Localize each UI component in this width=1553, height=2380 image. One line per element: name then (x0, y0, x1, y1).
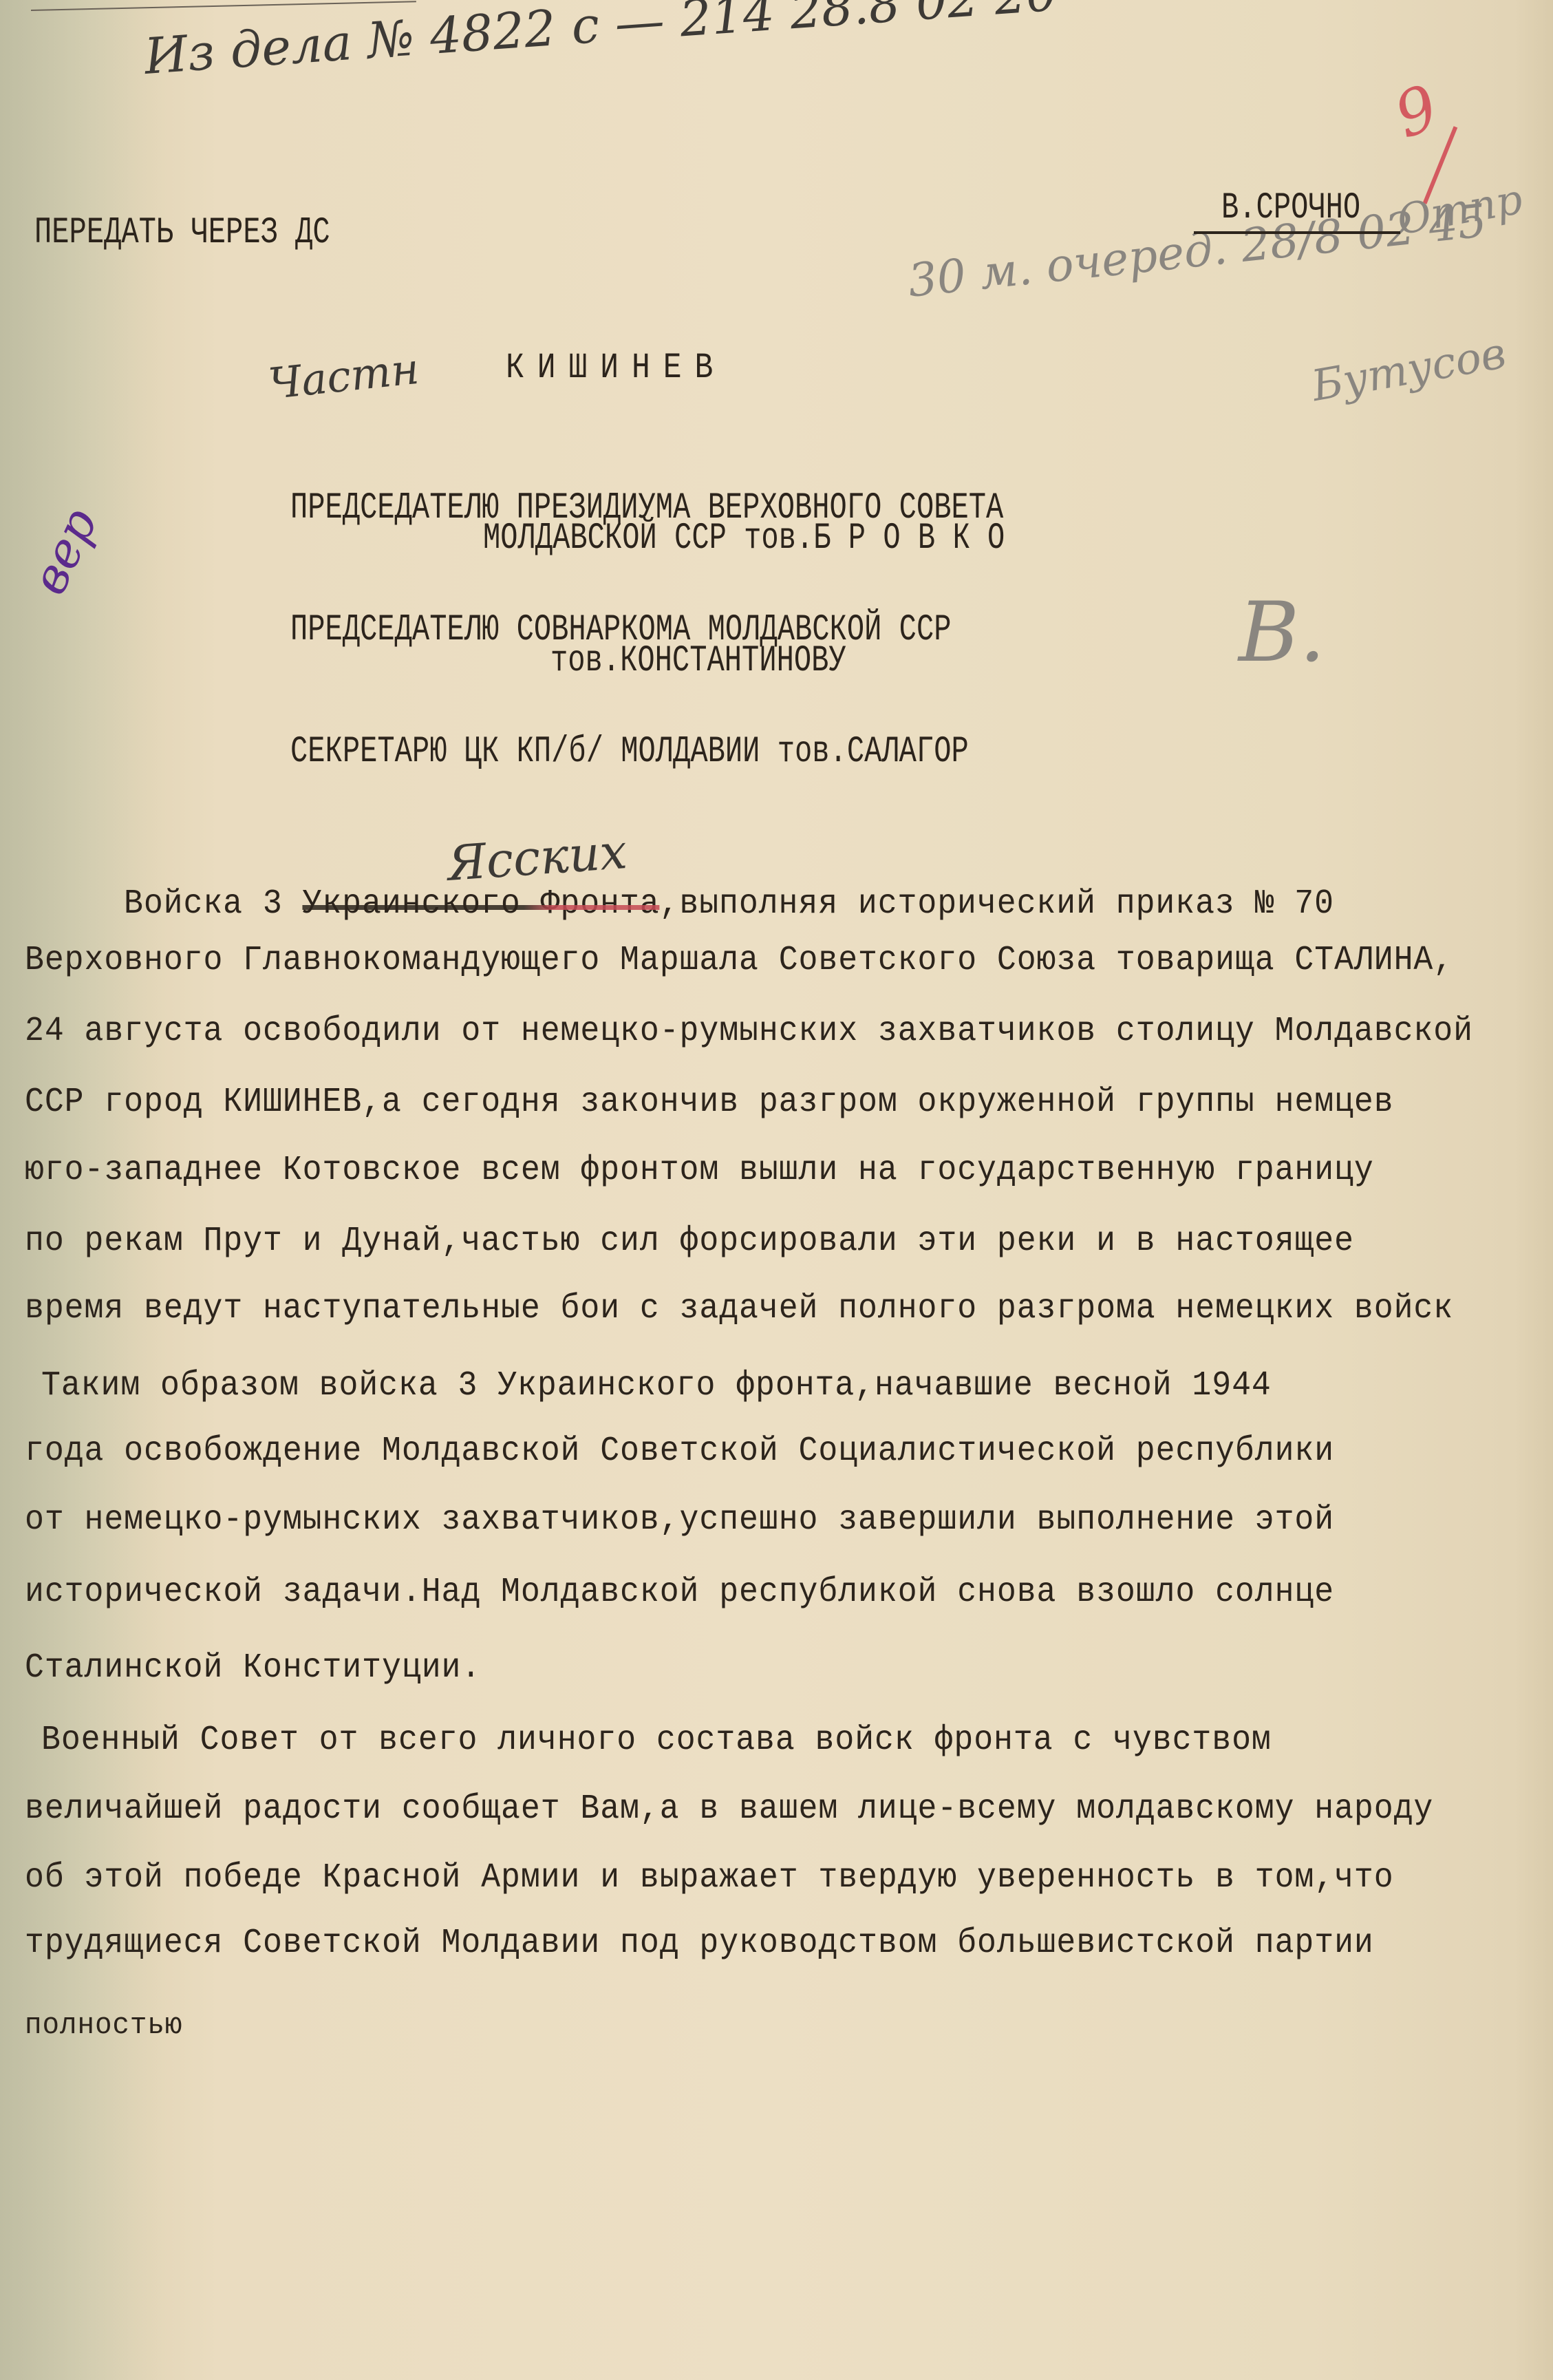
body-line: по рекам Прут и Дунай,частью сил форсиро… (25, 1222, 1354, 1261)
priority-underline (1194, 231, 1400, 234)
body-line: 24 августа освободили от немецко-румынск… (25, 1012, 1473, 1051)
body-line: года освобождение Молдавской Советской С… (25, 1432, 1334, 1471)
red-page-number: 9 (1386, 71, 1448, 152)
body-line: об этой победе Красной Армии и выражает … (25, 1858, 1394, 1898)
body-line-last: полностью (25, 2008, 182, 2043)
body-line: ССР город КИШИНЕВ,а сегодня закончив раз… (25, 1083, 1394, 1122)
body-line-1-suffix: ,выполняя исторический приказ № 70 (660, 884, 1334, 924)
routing-instruction: ПЕРЕДАТЬ ЧЕРЕЗ ДС (34, 212, 330, 254)
body-line: от немецко-румынских захватчиков,успешно… (25, 1500, 1334, 1540)
body-line: величайшей радости сообщает Вам,а в ваше… (25, 1789, 1433, 1829)
priority-label: В.СРОЧНО (1221, 187, 1360, 229)
document-page: Из дела № 4822 с — 214 28.8 02 20 9 Отпр… (0, 0, 1553, 2380)
recipient-3: СЕКРЕТАРЮ ЦК КП/б/ МОЛДАВИИ тов.САЛАГОР (290, 731, 969, 773)
body-line: трудящиеся Советской Молдавии под руково… (25, 1924, 1374, 1963)
handwritten-correction: Ясских (445, 823, 628, 892)
body-line: Военный Совет от всего личного состава в… (41, 1721, 1272, 1760)
struck-text: Украинского Фронта (303, 884, 660, 924)
body-line: Верховного Главнокомандующего Маршала Со… (25, 941, 1453, 980)
pencil-queue-note: 30 м. очеред. 28/8 02 45 (906, 194, 1489, 308)
body-line-1: Войска 3 Украинского Фронта,выполняя ист… (124, 884, 1334, 924)
body-line: Сталинской Конституции. (25, 1648, 481, 1688)
handwritten-private-note: Частн (266, 343, 422, 410)
destination-city: КИШИНЕВ (506, 348, 726, 388)
body-line: Таким образом войска 3 Украинского фронт… (41, 1366, 1272, 1405)
body-line: юго-западнее Котовское всем фронтом вышл… (25, 1151, 1374, 1190)
body-line: время ведут наступательные бои с задачей… (25, 1289, 1453, 1328)
archive-reference-note: Из дела № 4822 с — 214 28.8 02 20 (142, 0, 1059, 85)
body-line: исторической задачи.Над Молдавской респу… (25, 1573, 1334, 1612)
recipient-1-line-2: МОЛДАВСКОЙ ССР тов.Б Р О В К О (483, 518, 1005, 560)
recipient-2-line-2: тов.КОНСТАНТИНОВУ (550, 640, 846, 682)
body-line-1-prefix: Войска 3 (124, 884, 303, 924)
pencil-signature: Бутусов (1308, 328, 1510, 411)
pencil-initial: В. (1239, 585, 1325, 681)
